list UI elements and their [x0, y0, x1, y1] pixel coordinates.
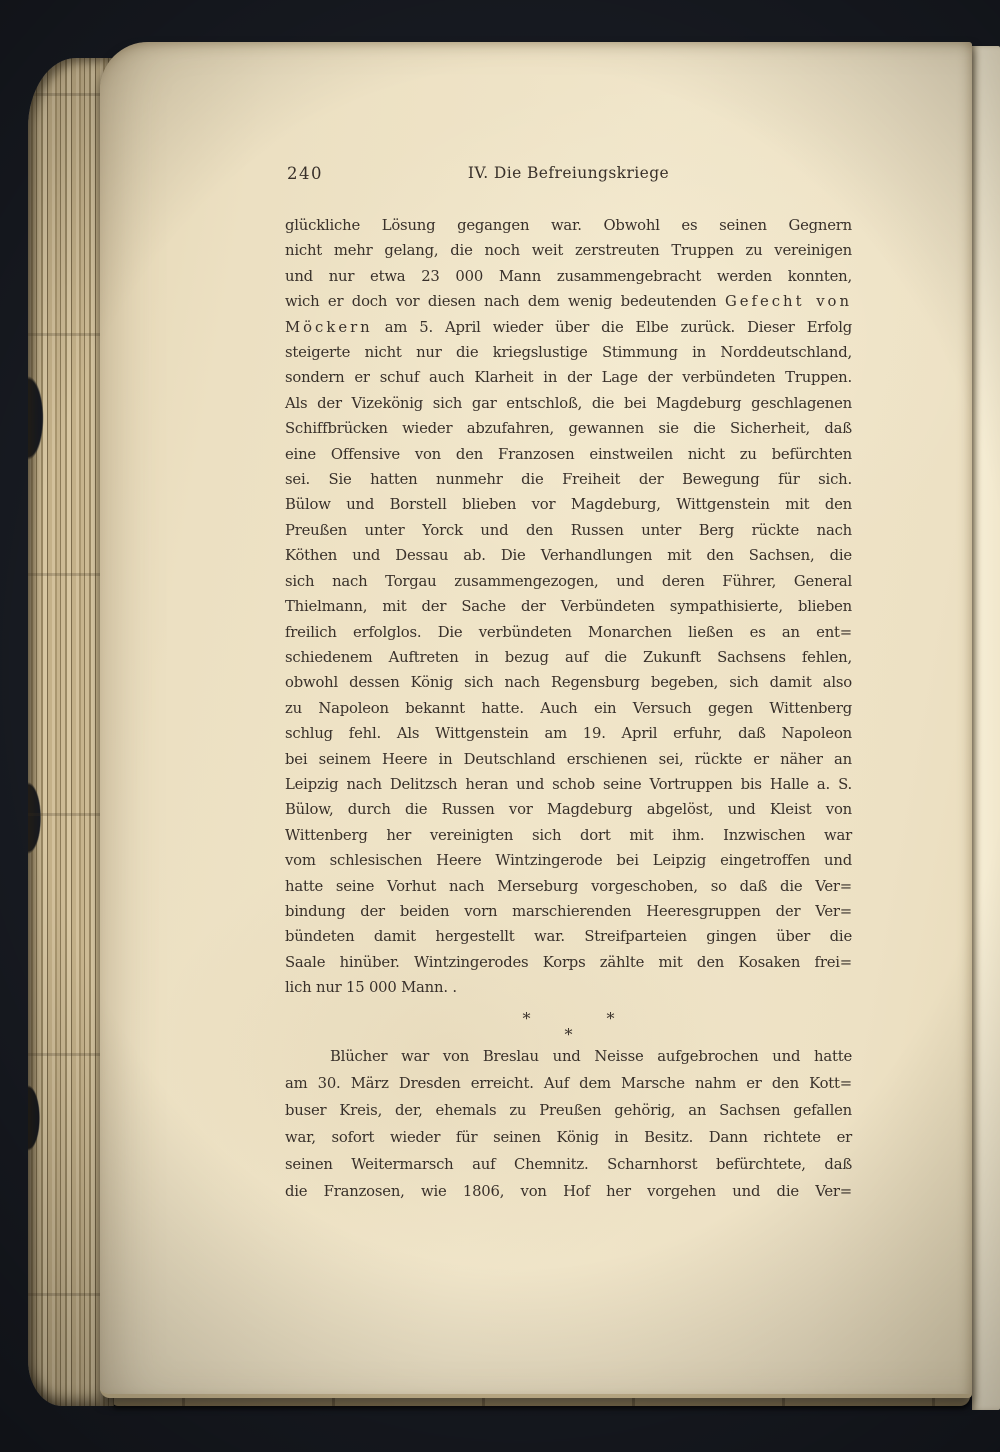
text-segment: nicht mehr gelang, die noch weit zerstre… — [285, 242, 852, 259]
text-segment: Saale hinüber. Wintzingerodes Korps zähl… — [285, 954, 852, 971]
text-line: hatte seine Vorhut nach Merseburg vorges… — [285, 874, 852, 899]
paragraph-2: Blücher war von Breslau und Neisse aufge… — [285, 1043, 852, 1205]
text-line: freilich erfolglos. Die verbündeten Mona… — [285, 620, 852, 645]
text-line: und nur etwa 23 000 Mann zusammengebrach… — [285, 264, 852, 289]
text-line: war, sofort wieder für seinen König in B… — [285, 1124, 852, 1151]
text-line: sei. Sie hatten nunmehr die Freiheit der… — [285, 467, 852, 492]
text-line: am 30. März Dresden erreicht. Auf dem Ma… — [285, 1070, 852, 1097]
text-line: Preußen unter Yorck und den Russen unter… — [285, 518, 852, 543]
emphasized-text: Möckern — [285, 319, 373, 336]
text-segment: glückliche Lösung gegangen war. Obwohl e… — [285, 217, 852, 234]
text-segment: Köthen und Dessau ab. Die Verhandlungen … — [285, 547, 852, 564]
photo-background: 240 IV. Die Befreiungskriege glückliche … — [0, 0, 1000, 1452]
text-segment: Bülow und Borstell blieben vor Magdeburg… — [285, 496, 852, 513]
text-line: buser Kreis, der, ehemals zu Preußen geh… — [285, 1097, 852, 1124]
text-line: Blücher war von Breslau und Neisse aufge… — [285, 1043, 852, 1070]
section-separator: * * * — [285, 1010, 852, 1043]
text-line: steigerte nicht nur die kriegslustige St… — [285, 340, 852, 365]
text-segment: bindung der beiden vorn marschierenden H… — [285, 903, 852, 920]
page-head: 240 IV. Die Befreiungskriege — [285, 164, 852, 190]
text-line: bei seinem Heere in Deutschland erschien… — [285, 747, 852, 772]
text-segment: hatte seine Vorhut nach Merseburg vorges… — [285, 878, 852, 895]
text-segment: sei. Sie hatten nunmehr die Freiheit der… — [285, 471, 852, 488]
text-segment: bündeten damit hergestellt war. Streifpa… — [285, 928, 852, 945]
text-line: sondern er schuf auch Klarheit in der La… — [285, 365, 852, 390]
text-segment: zu Napoleon bekannt hatte. Auch ein Vers… — [285, 700, 852, 717]
emphasized-text: Gefecht von — [725, 293, 852, 310]
text-segment: sondern er schuf auch Klarheit in der La… — [285, 369, 852, 386]
text-line: lich nur 15 000 Mann. . — [285, 975, 852, 1000]
text-segment: am 30. März Dresden erreicht. Auf dem Ma… — [285, 1075, 852, 1092]
text-line: glückliche Lösung gegangen war. Obwohl e… — [285, 213, 852, 238]
asterisk: * — [607, 1010, 615, 1027]
text-line: nicht mehr gelang, die noch weit zerstre… — [285, 238, 852, 263]
text-segment: am 5. April wieder über die Elbe zurück.… — [373, 319, 852, 336]
next-page-sliver — [972, 46, 1000, 1410]
text-segment: Als der Vizekönig sich gar entschloß, di… — [285, 395, 852, 412]
text-segment: wich er doch vor diesen nach dem wenig b… — [285, 293, 725, 310]
text-line: Wittenberg her vereinigten sich dort mit… — [285, 823, 852, 848]
text-line: Leipzig nach Delitzsch heran und schob s… — [285, 772, 852, 797]
text-line: sich nach Torgau zusammengezogen, und de… — [285, 569, 852, 594]
asterisk: * — [523, 1010, 531, 1027]
book-page: 240 IV. Die Befreiungskriege glückliche … — [100, 42, 972, 1398]
text-segment: schiedenem Auftreten in bezug auf die Zu… — [285, 649, 852, 666]
text-line: bindung der beiden vorn marschierenden H… — [285, 899, 852, 924]
text-line: Bülow und Borstell blieben vor Magdeburg… — [285, 492, 852, 517]
text-segment: war, sofort wieder für seinen König in B… — [285, 1129, 852, 1146]
text-segment: Schiffbrücken wieder abzufahren, gewanne… — [285, 420, 852, 437]
text-line: Bülow, durch die Russen vor Magdeburg ab… — [285, 797, 852, 822]
text-segment: Preußen unter Yorck und den Russen unter… — [285, 522, 852, 539]
running-header: IV. Die Befreiungskriege — [285, 164, 852, 182]
text-segment: Thielmann, mit der Sache der Verbündeten… — [285, 598, 852, 615]
text-line: Schiffbrücken wieder abzufahren, gewanne… — [285, 416, 852, 441]
text-line: Thielmann, mit der Sache der Verbündeten… — [285, 594, 852, 619]
text-segment: steigerte nicht nur die kriegslustige St… — [285, 344, 852, 361]
text-segment: sich nach Torgau zusammengezogen, und de… — [285, 573, 852, 590]
text-line: bündeten damit hergestellt war. Streifpa… — [285, 924, 852, 949]
paragraph-1: glückliche Lösung gegangen war. Obwohl e… — [285, 213, 852, 1001]
text-segment: vom schlesischen Heere Wintzingerode bei… — [285, 852, 852, 869]
text-line: Möckern am 5. April wieder über die Elbe… — [285, 315, 852, 340]
text-line: seinen Weitermarsch auf Chemnitz. Scharn… — [285, 1151, 852, 1178]
text-line: schiedenem Auftreten in bezug auf die Zu… — [285, 645, 852, 670]
text-line: wich er doch vor diesen nach dem wenig b… — [285, 289, 852, 314]
text-segment: eine Offensive von den Franzosen einstwe… — [285, 446, 852, 463]
text-segment: Blücher war von Breslau und Neisse aufge… — [330, 1048, 852, 1065]
text-segment: schlug fehl. Als Wittgenstein am 19. Apr… — [285, 725, 852, 742]
separator-row-2: * — [285, 1027, 852, 1043]
text-line: Saale hinüber. Wintzingerodes Korps zähl… — [285, 950, 852, 975]
text-segment: Leipzig nach Delitzsch heran und schob s… — [285, 776, 852, 793]
text-segment: freilich erfolglos. Die verbündeten Mona… — [285, 624, 852, 641]
text-segment: Bülow, durch die Russen vor Magdeburg ab… — [285, 801, 852, 818]
text-segment: buser Kreis, der, ehemals zu Preußen geh… — [285, 1102, 852, 1119]
text-line: die Franzosen, wie 1806, von Hof her vor… — [285, 1178, 852, 1205]
text-segment: lich nur 15 000 Mann. . — [285, 979, 457, 996]
text-segment: und nur etwa 23 000 Mann zusammengebrach… — [285, 268, 852, 285]
text-line: zu Napoleon bekannt hatte. Auch ein Vers… — [285, 696, 852, 721]
text-segment: seinen Weitermarsch auf Chemnitz. Scharn… — [285, 1156, 852, 1173]
page-number: 240 — [287, 164, 323, 183]
text-line: obwohl dessen König sich nach Regensburg… — [285, 670, 852, 695]
text-segment: Wittenberg her vereinigten sich dort mit… — [285, 827, 852, 844]
text-segment: die Franzosen, wie 1806, von Hof her vor… — [285, 1183, 852, 1200]
text-line: schlug fehl. Als Wittgenstein am 19. Apr… — [285, 721, 852, 746]
text-block: glückliche Lösung gegangen war. Obwohl e… — [285, 199, 852, 1205]
text-segment: obwohl dessen König sich nach Regensburg… — [285, 674, 852, 691]
asterisk: * — [565, 1025, 573, 1044]
text-segment: bei seinem Heere in Deutschland erschien… — [285, 751, 852, 768]
text-line: Köthen und Dessau ab. Die Verhandlungen … — [285, 543, 852, 568]
text-line: vom schlesischen Heere Wintzingerode bei… — [285, 848, 852, 873]
text-line: Als der Vizekönig sich gar entschloß, di… — [285, 391, 852, 416]
text-line: eine Offensive von den Franzosen einstwe… — [285, 442, 852, 467]
